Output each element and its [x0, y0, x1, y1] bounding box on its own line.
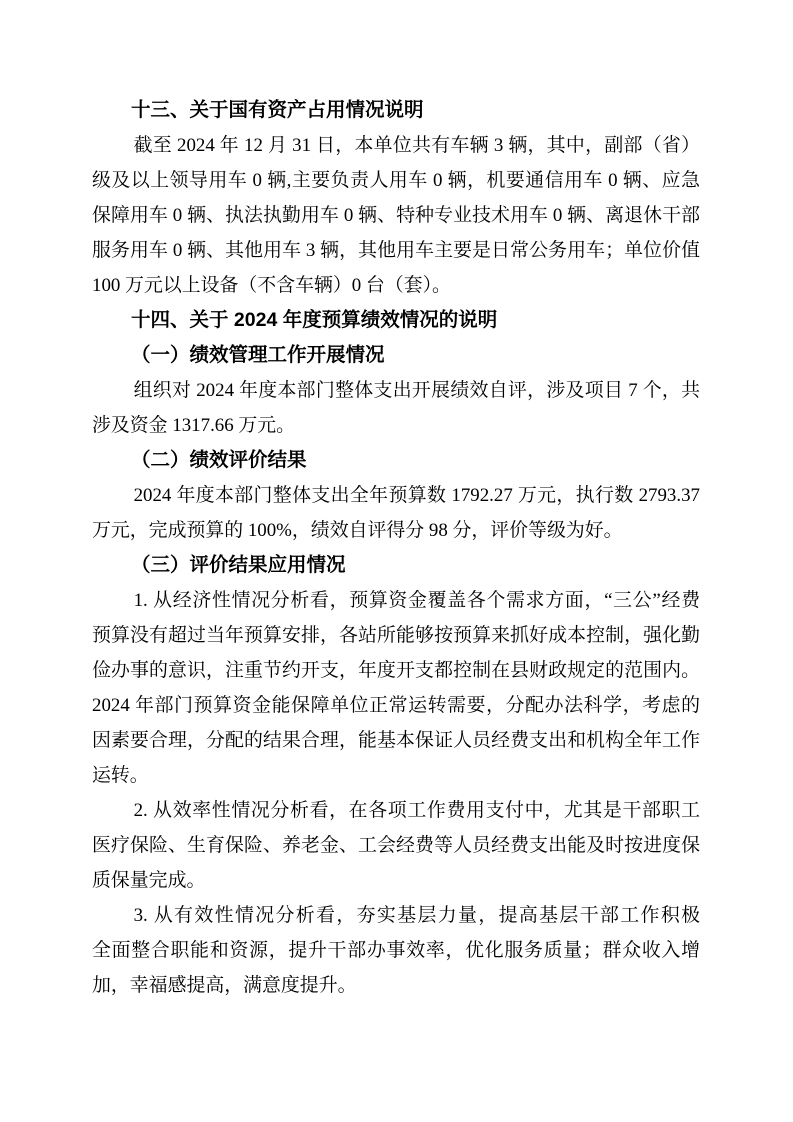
section-heading: 十四、关于 2024 年度预算绩效情况的说明 — [92, 303, 700, 338]
paragraph-line: 预算没有超过当年预算安排，各站所能够按预算来抓好成本控制，强化勤 — [92, 618, 700, 653]
paragraph-line: 3. 从有效性情况分析看，夯实基层力量，提高基层干部工作积极性， — [92, 898, 700, 933]
paragraph-line: 全面整合职能和资源，提升干部办事效率，优化服务质量；群众收入增 — [92, 933, 700, 968]
paragraph-line: 涉及资金 1317.66 万元。 — [92, 408, 700, 443]
paragraph-line: 因素要合理，分配的结果合理，能基本保证人员经费支出和机构全年工作 — [92, 723, 700, 758]
paragraph-line: 组织对 2024 年度本部门整体支出开展绩效自评，涉及项目 7 个，共 — [92, 373, 700, 408]
subsection-heading: （三）评价结果应用情况 — [92, 548, 700, 583]
paragraph-line: 质保量完成。 — [92, 863, 700, 898]
document-content: 十三、关于国有资产占用情况说明截至 2024 年 12 月 31 日，本单位共有… — [92, 93, 700, 1003]
paragraph-line: 服务用车 0 辆、其他用车 3 辆，其他用车主要是日常公务用车；单位价值 — [92, 233, 700, 268]
paragraph-line: 2024 年部门预算资金能保障单位正常运转需要，分配办法科学，考虑的 — [92, 688, 700, 723]
paragraph-line: 截至 2024 年 12 月 31 日，本单位共有车辆 3 辆，其中，副部（省） — [92, 128, 700, 163]
paragraph-line: 医疗保险、生育保险、养老金、工会经费等人员经费支出能及时按进度保 — [92, 828, 700, 863]
paragraph-line: 1. 从经济性情况分析看，预算资金覆盖各个需求方面，“三公”经费 — [92, 583, 700, 618]
paragraph-line: 2024 年度本部门整体支出全年预算数 1792.27 万元，执行数 2793.… — [92, 478, 700, 513]
paragraph-line: 100 万元以上设备（不含车辆）0 台（套）。 — [92, 268, 700, 303]
paragraph-line: 加，幸福感提高，满意度提升。 — [92, 968, 700, 1003]
paragraph-line: 2. 从效率性情况分析看，在各项工作费用支付中，尤其是干部职工的 — [92, 793, 700, 828]
document-page: 十三、关于国有资产占用情况说明截至 2024 年 12 月 31 日，本单位共有… — [0, 0, 793, 1122]
subsection-heading: （二）绩效评价结果 — [92, 443, 700, 478]
section-heading: 十三、关于国有资产占用情况说明 — [92, 93, 700, 128]
paragraph-line: 级及以上领导用车 0 辆,主要负责人用车 0 辆，机要通信用车 0 辆、应急 — [92, 163, 700, 198]
paragraph-line: 俭办事的意识，注重节约开支，年度开支都控制在县财政规定的范围内。 — [92, 653, 700, 688]
subsection-heading: （一）绩效管理工作开展情况 — [92, 338, 700, 373]
paragraph-line: 运转。 — [92, 758, 700, 793]
paragraph-line: 保障用车 0 辆、执法执勤用车 0 辆、特种专业技术用车 0 辆、离退休干部 — [92, 198, 700, 233]
paragraph-line: 万元，完成预算的 100%，绩效自评得分 98 分，评价等级为好。 — [92, 513, 700, 548]
